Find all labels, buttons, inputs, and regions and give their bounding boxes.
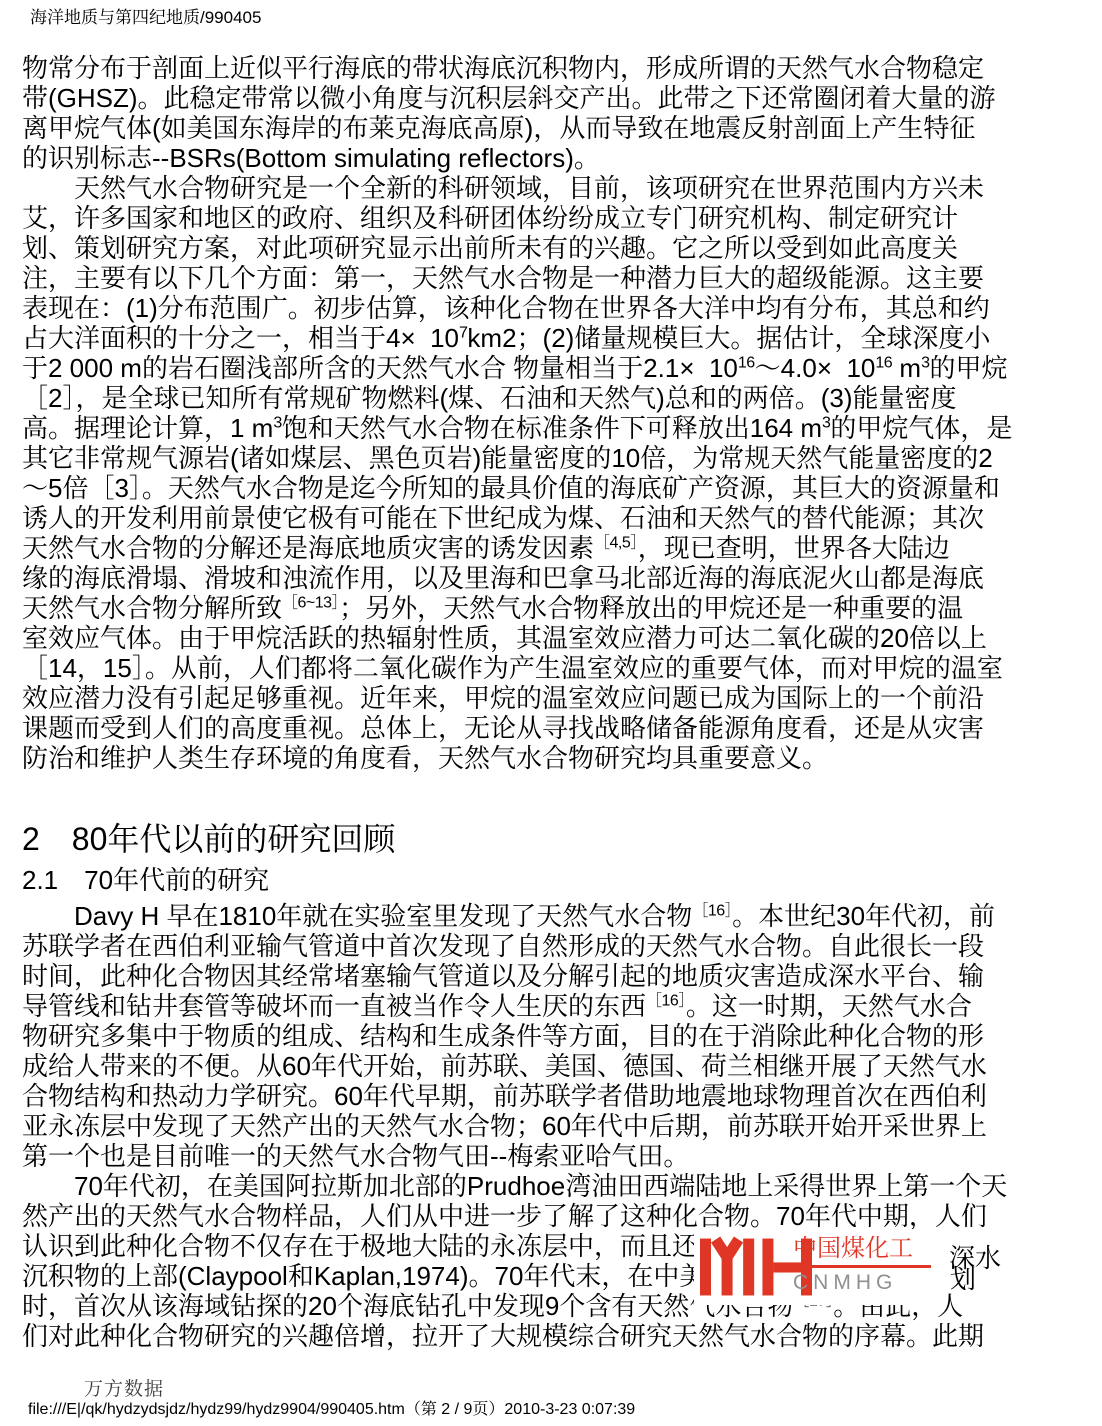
text-line: 们对此种化合物研究的兴趣倍增，拉开了大规模综合研究天然气水合物的序幕。此期 [22, 1321, 1088, 1351]
text-line: 其它非常规气源岩(诸如煤层、黑色页岩)能量密度的10倍，为常规天然气能量密度的2 [22, 443, 1088, 473]
text-line: 物研究多集中于物质的组成、结构和生成条件等方面，目的在于消除此种化合物的形 [22, 1021, 1088, 1051]
text-line: 苏联学者在西伯利亚输气管道中首次发现了自然形成的天然气水合物。自此很长一段 [22, 931, 1088, 961]
text-fragment: 沉积物的上部(Claypool和Kaplan,1974)。70年代末，在中美洲海 [22, 1261, 757, 1291]
subsection-heading: 2.1 70年代前的研究 [22, 861, 1088, 899]
watermark-title: 中国煤化工 [793, 1235, 943, 1263]
watermark-text: 中国煤化工 CNMHG [793, 1235, 943, 1295]
text-line: 天然气水合物分解所致［6~13］；另外，天然气水合物释放出的甲烷还是一种重要的温 [22, 593, 1088, 623]
watermark: 中国煤化工 CNMHG [694, 1229, 947, 1305]
text-line: ～5倍［3］。天然气水合物是迄今所知的最具价值的海底矿产资源，其巨大的资源量和 [22, 473, 1088, 503]
journal-header: 海洋地质与第四纪地质/990405 [30, 8, 261, 28]
paragraph-4-start: 70年代初，在美国阿拉斯加北部的Prudhoe湾油田西端陆地上采得世界上第一个天… [22, 1171, 1088, 1231]
text-line: 离甲烷气体(如美国东海岸的布莱克海底高原)，从而导致在地震反射剖面上产生特征 [22, 113, 1088, 143]
file-path-status-line: file:///E|/qk/hydzydsjdz/hydz99/hydz9904… [28, 1396, 635, 1419]
text-line: 70年代初，在美国阿拉斯加北部的Prudhoe湾油田西端陆地上采得世界上第一个天 [22, 1171, 1088, 1201]
text-line: 艾，许多国家和地区的政府、组织及科研团体纷纷成立专门研究机构、制定研究计 [22, 203, 1088, 233]
text-line: 时间，此种化合物因其经常堵塞输气管道以及分解引起的地质灾害造成深水平台、输 [22, 961, 1088, 991]
watermark-subtitle: CNMHG [793, 1271, 943, 1295]
text-line: ［2］，是全球已知所有常规矿物燃料(煤、石油和天然气)总和的两倍。(3)能量密度 [22, 383, 1088, 413]
text-line: 高。据理论计算，1 m3饱和天然气水合物在标准条件下可释放出164 m3的甲烷气… [22, 413, 1088, 443]
paragraph-2: 天然气水合物研究是一个全新的科研领域，目前，该项研究在世界范围内方兴未艾，许多国… [22, 173, 1088, 773]
watermark-rule [793, 1265, 931, 1268]
text-line: 天然气水合物的分解还是海底地质灾害的诱发因素［4,5］，现已查明，世界各大陆边 [22, 533, 1088, 563]
text-line: 的识别标志--BSRs(Bottom simulating reflectors… [22, 143, 1088, 173]
text-fragment: 认识到此种化合物不仅存在于极地大陆的永冻层中，而且还分 [22, 1231, 724, 1261]
section-heading: 2 80年代以前的研究回顾 [22, 817, 1088, 861]
text-line: 占大洋面积的十分之一，相当于4× 107km2；(2)储量规模巨大。据估计，全球… [22, 323, 1088, 353]
text-line: 第一个也是目前唯一的天然气水合物气田--梅索亚哈气田。 [22, 1141, 1088, 1171]
text-line: 合物结构和热动力学研究。60年代早期，前苏联学者借助地震地球物理首次在西伯利 [22, 1081, 1088, 1111]
text-line: 课题而受到人们的高度重视。总体上，无论从寻找战略储备能源角度看，还是从灾害 [22, 713, 1088, 743]
text-line: 表现在：(1)分布范围广。初步估算，该种化合物在世界各大洋中均有分布，其总和约 [22, 293, 1088, 323]
article-body: 物常分布于剖面上近似平行海底的带状海底沉积物内，形成所谓的天然气水合物稳定带(G… [22, 53, 1088, 1351]
text-line: 于2 000 m的岩石圈浅部所含的天然气水合 物量相当于2.1× 1016～4.… [22, 353, 1088, 383]
text-line: 天然气水合物研究是一个全新的科研领域，目前，该项研究在世界范围内方兴未 [22, 173, 1088, 203]
text-line: 导管线和钻井套管等破坏而一直被当作令人生厌的东西［16］。这一时期，天然气水合 [22, 991, 1088, 1021]
paragraph-1: 物常分布于剖面上近似平行海底的带状海底沉积物内，形成所谓的天然气水合物稳定带(G… [22, 53, 1088, 173]
text-line: 然产出的天然气水合物样品，人们从中进一步了解了这种化合物。70年代中期，人们 [22, 1201, 1088, 1231]
text-line: 缘的海底滑塌、滑坡和浊流作用，以及里海和巴拿马北部近海的海底泥火山都是海底 [22, 563, 1088, 593]
text-line: 划、策划研究方案，对此项研究显示出前所未有的兴趣。它之所以受到如此高度关 [22, 233, 1088, 263]
text-line: 带(GHSZ)。此稳定带常以微小角度与沉积层斜交产出。此带之下还常圈闭着大量的游 [22, 83, 1088, 113]
text-line: 物常分布于剖面上近似平行海底的带状海底沉积物内，形成所谓的天然气水合物稳定 [22, 53, 1088, 83]
document-page: 海洋地质与第四纪地质/990405 物常分布于剖面上近似平行海底的带状海底沉积物… [0, 0, 1102, 1426]
text-line: Davy H 早在1810年就在实验室里发现了天然气水合物［16］。本世纪30年… [22, 901, 1088, 931]
text-line: 亚永冻层中发现了天然产出的天然气水合物；60年代中后期，前苏联开始开采世界上 [22, 1111, 1088, 1141]
text-line: 防治和维护人类生存环境的角度看，天然气水合物研究均具重要意义。 [22, 743, 1088, 773]
paragraph-3: Davy H 早在1810年就在实验室里发现了天然气水合物［16］。本世纪30年… [22, 901, 1088, 1171]
text-fragment: 划 [950, 1264, 976, 1294]
text-line: 成给人带来的不便。从60年代开始，前苏联、美国、德国、荷兰相继开展了天然气水 [22, 1051, 1088, 1081]
text-line: 注，主要有以下几个方面：第一，天然气水合物是一种潜力巨大的超级能源。这主要 [22, 263, 1088, 293]
text-line: 效应潜力没有引起足够重视。近年来，甲烷的温室效应问题已成为国际上的一个前沿 [22, 683, 1088, 713]
text-line: 诱人的开发利用前景使它极有可能在下世纪成为煤、石油和天然气的替代能源；其次 [22, 503, 1088, 533]
text-line: 室效应气体。由于甲烷活跃的热辐射性质，其温室效应潜力可达二氧化碳的20倍以上 [22, 623, 1088, 653]
text-line: ［14，15］。从前，人们都将二氧化碳作为产生温室效应的重要气体，而对甲烷的温室 [22, 653, 1088, 683]
